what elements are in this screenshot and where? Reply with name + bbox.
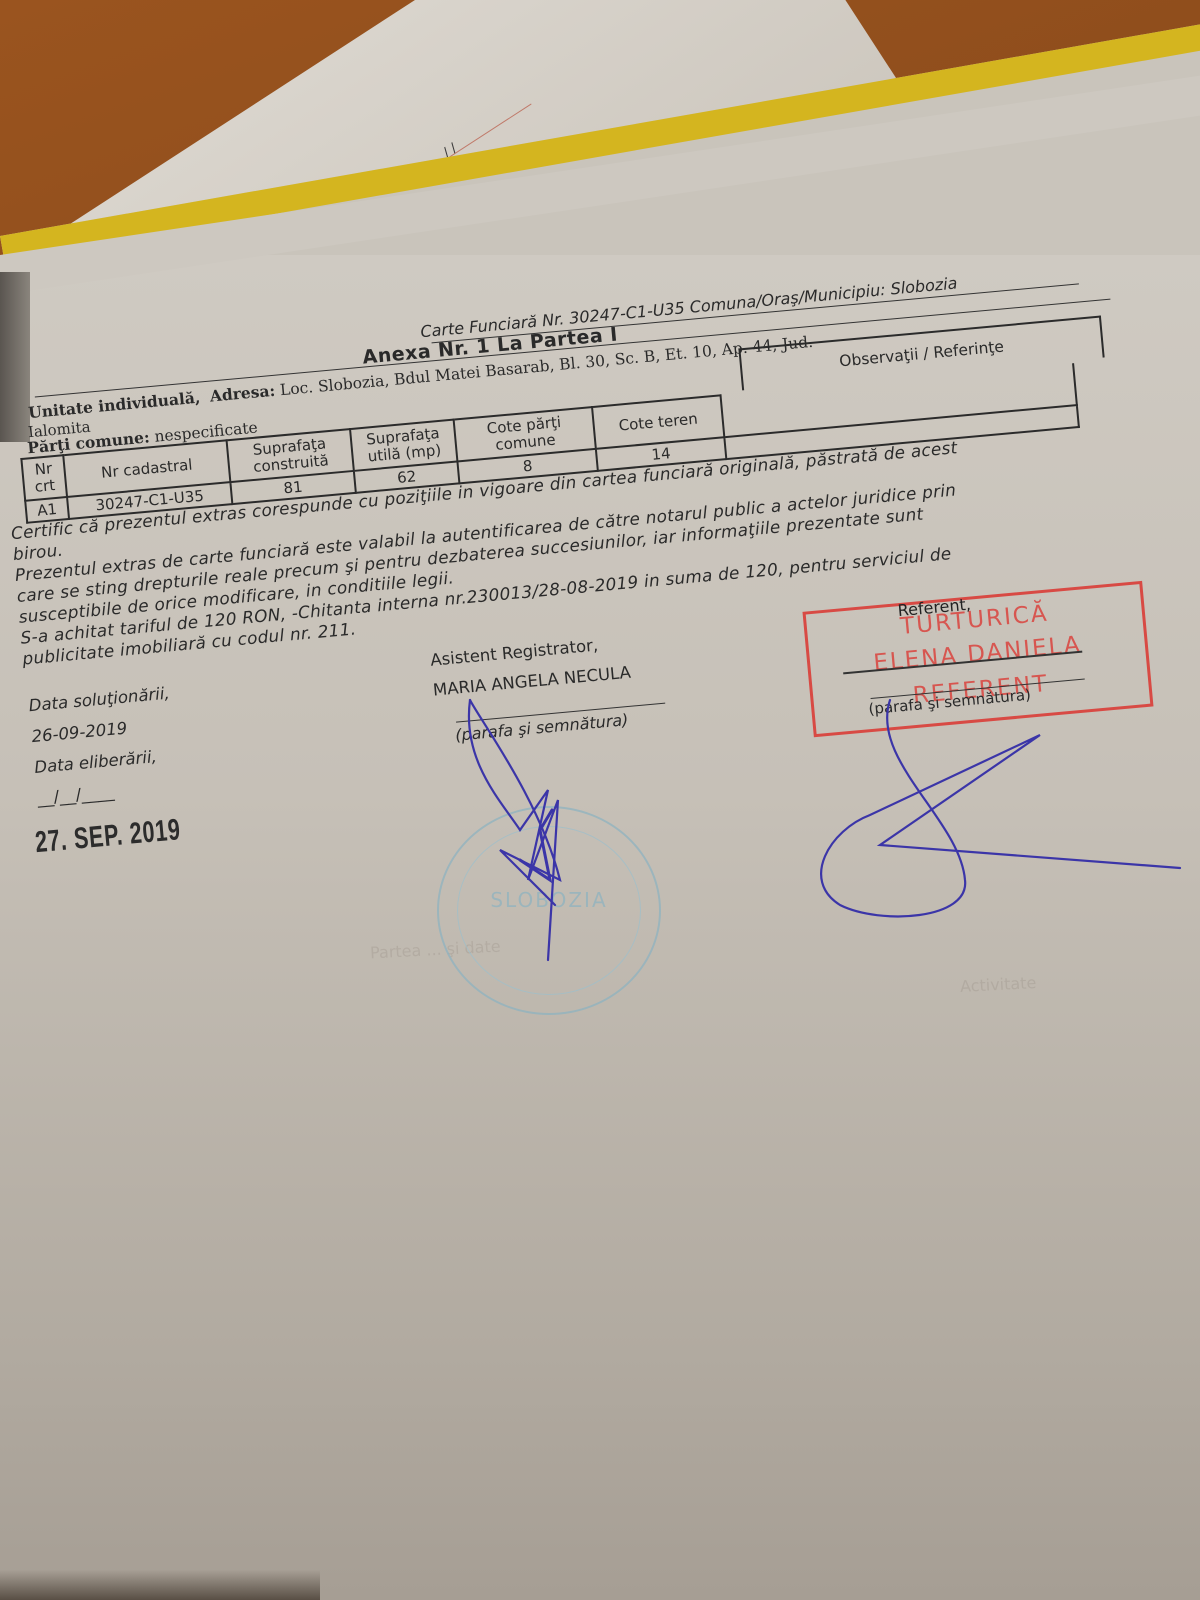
header-nr-crt: Nr crt	[21, 455, 67, 501]
left-edge-shadow	[0, 272, 30, 442]
bottom-edge-shadow	[0, 1570, 320, 1600]
seal-center-text: SLOBOZIA	[439, 888, 659, 912]
official-round-seal: SLOBOZIA	[437, 806, 661, 1015]
show-through-text: Activitate	[960, 973, 1037, 996]
dates-block: Data soluţionării, 26-09-2019 Data elibe…	[27, 678, 179, 814]
